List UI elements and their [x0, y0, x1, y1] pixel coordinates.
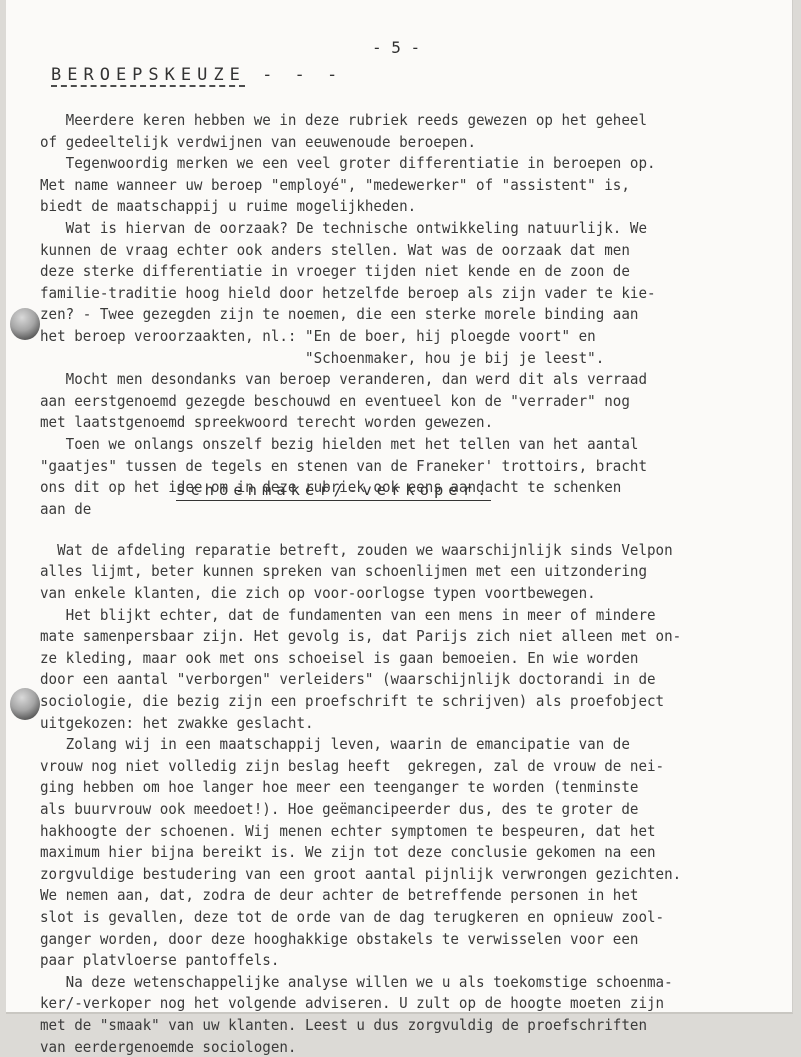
text-line: We nemen aan, dat, zodra de deur achter …: [40, 885, 638, 905]
text-line: Toen we onlangs onszelf bezig hielden me…: [40, 434, 638, 454]
text-line: ging hebben om hoe langer hoe meer een t…: [40, 777, 638, 797]
text-line: Het blijkt echter, dat de fundamenten va…: [40, 605, 656, 625]
text-line: "Schoenmaker, hou je bij je leest".: [40, 348, 604, 368]
text-line: als buurvrouw ook meedoet!). Hoe geëmanc…: [40, 799, 638, 819]
text-line: ze kleding, maar ook met ons schoeisel i…: [40, 648, 638, 668]
article-heading: BEROEPSKEUZE - - -: [51, 65, 343, 85]
text-line: Na deze wetenschappelijke analyse willen…: [40, 972, 673, 992]
text-line: Mocht men desondanks van beroep verander…: [40, 369, 647, 389]
heading-title: BEROEPSKEUZE: [51, 65, 246, 85]
text-line: met laatstgenoemd spreekwoord terecht wo…: [40, 412, 493, 432]
punch-hole: [10, 688, 40, 720]
text-line: deze sterke differentiatie in vroeger ti…: [40, 261, 630, 281]
text-line: mate samenpersbaar zijn. Het gevolg is, …: [40, 626, 681, 646]
text-line: slot is gevallen, deze tot de orde van d…: [40, 907, 664, 927]
text-line: door een aantal "verborgen" verleiders" …: [40, 669, 656, 689]
text-line: zorgvuldige bestudering van een groot aa…: [40, 864, 681, 884]
text-line: van enkele klanten, die zich op voor-oor…: [40, 583, 596, 603]
document-page: - 5 - BEROEPSKEUZE - - - schoenmaker/-ve…: [6, 0, 793, 1014]
text-line: vrouw nog niet volledig zijn beslag heef…: [40, 756, 664, 776]
text-line: Wat de afdeling reparatie betreft, zoude…: [40, 540, 673, 560]
text-line: met de "smaak" van uw klanten. Leest u d…: [40, 1015, 647, 1024]
text-line: "gaatjes" tussen de tegels en stenen van…: [40, 456, 647, 476]
text-line: ker/-verkoper nog het volgende adviseren…: [40, 993, 664, 1013]
text-line: Met name wanneer uw beroep "employé", "m…: [40, 175, 630, 195]
text-line: ganger worden, door deze hooghakkige obs…: [40, 929, 638, 949]
punch-hole: [10, 308, 40, 340]
text-line: kunnen de vraag echter ook anders stelle…: [40, 240, 630, 260]
heading-trail: - - -: [262, 65, 343, 85]
text-line: aan de: [40, 499, 91, 519]
text-line: Zolang wij in een maatschappij leven, wa…: [40, 734, 630, 754]
text-line: sociologie, die bezig zijn een proefschr…: [40, 691, 664, 711]
text-line: uitgekozen: het zwakke geslacht.: [40, 713, 314, 733]
text-line: biedt de maatschappij u ruime mogelijkhe…: [40, 196, 416, 216]
text-line: familie-traditie hoog hield door hetzelf…: [40, 283, 656, 303]
text-line: of gedeeltelijk verdwijnen van eeuwenoud…: [40, 132, 476, 152]
text-line: alles lijmt, beter kunnen spreken van sc…: [40, 561, 647, 581]
text-line: paar platvloerse pantoffels.: [40, 950, 279, 970]
text-line: maximum hier bijna bereikt is. We zijn t…: [40, 842, 656, 862]
text-line: ons dit op het idee om in deze rubriek o…: [40, 477, 621, 497]
text-line: Meerdere keren hebben we in deze rubriek…: [40, 110, 647, 130]
text-line: hakhoogte der schoenen. Wij menen echter…: [40, 821, 656, 841]
text-line: het beroep veroorzaakten, nl.: "En de bo…: [40, 326, 596, 346]
text-line: aan eerstgenoemd gezegde beschouwd en ev…: [40, 391, 630, 411]
text-line: Tegenwoordig merken we een veel groter d…: [40, 153, 656, 173]
page-number: - 5 -: [372, 38, 420, 57]
text-line: zen? - Twee gezegden zijn te noemen, die…: [40, 304, 638, 324]
text-line: Wat is hiervan de oorzaak? De technische…: [40, 218, 647, 238]
